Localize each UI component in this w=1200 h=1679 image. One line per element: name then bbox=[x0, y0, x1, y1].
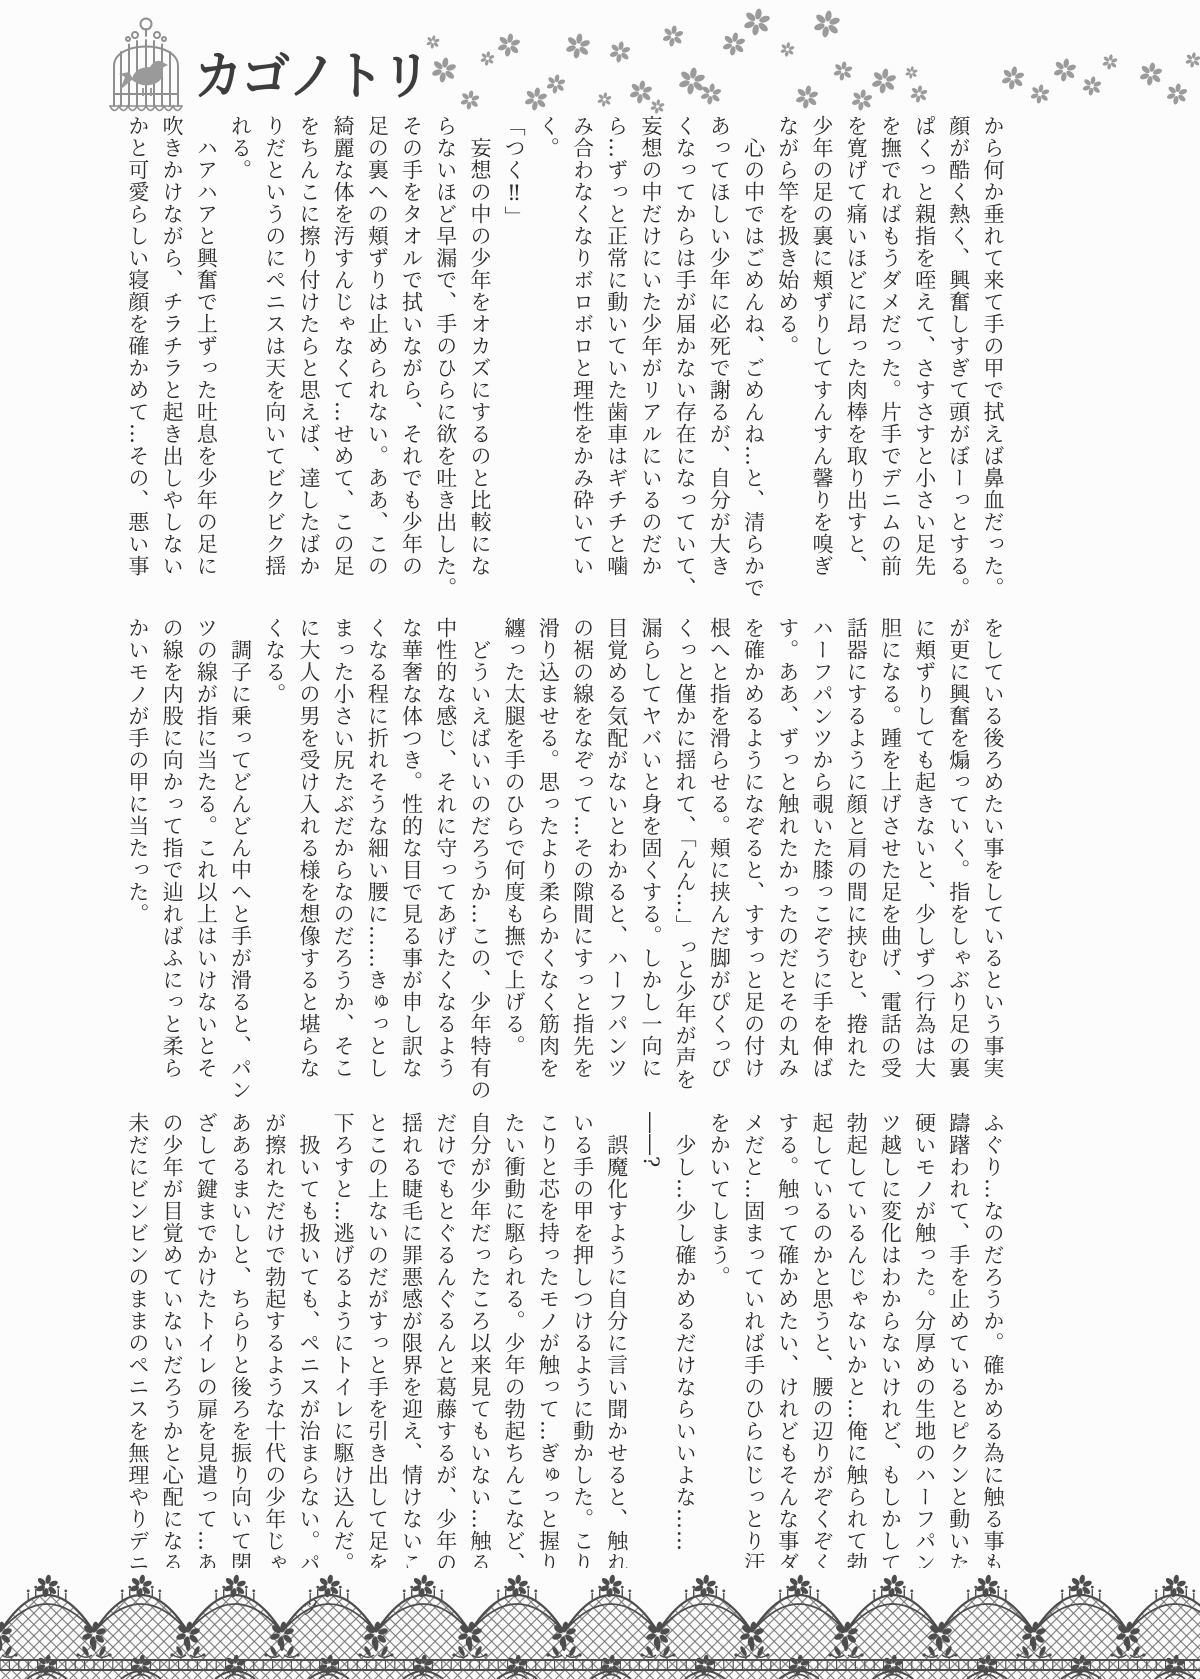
text-column: が擦れただけで勃起するような十代の少年じゃ bbox=[258, 1112, 292, 1586]
text-column: な華奢な体つき。性的な目で見る事が申し訳な bbox=[394, 617, 428, 1113]
text-column: ながら竿を扱き始める。 bbox=[771, 115, 805, 611]
text-column: を寛げて痛いほどに昂った肉棒を取り出すと、 bbox=[839, 115, 873, 611]
text-column: メだと…固まっていれば手のひらにじっとり汗 bbox=[736, 1112, 770, 1586]
text-column: み合わなくなりボロボロと理性をかみ砕いてい bbox=[565, 115, 599, 611]
flower-icon bbox=[871, 68, 897, 94]
text-column: ツの線が指に当たる。これ以上はいけないとそ bbox=[189, 617, 223, 1113]
flower-icon bbox=[1185, 52, 1200, 68]
flower-icon bbox=[1030, 84, 1050, 104]
text-block-3: ふぐり…なのだろうか。確かめる為に触る事も躊躇われて、手を止めているとピクンと動… bbox=[120, 1112, 1010, 1586]
birdcage-icon bbox=[104, 16, 188, 120]
flower-icon bbox=[1102, 54, 1118, 70]
text-column: 躊躇われて、手を止めているとピクンと動いた bbox=[942, 1112, 976, 1586]
text-column: の線を内股に向かって指で辿ればふにっと柔ら bbox=[155, 617, 189, 1113]
text-column: 少年の足の裏に頬ずりしてすんすん馨りを嗅ぎ bbox=[805, 115, 839, 611]
text-column: れる。 bbox=[223, 115, 257, 611]
text-column: くなる。 bbox=[258, 617, 292, 1113]
text-column: 吹きかけながら、チラチラと起き出しやしない bbox=[155, 115, 189, 611]
text-column: す。ああ、ずっと触れたかったのだとその丸み bbox=[771, 617, 805, 1113]
flower-icon bbox=[722, 32, 746, 56]
text-column: 目覚める気配がないとわかると、ハーフパンツ bbox=[600, 617, 634, 1113]
text-column: 少し…少し確かめるだけならいいよな…… bbox=[668, 1112, 702, 1586]
text-column: 心の中ではごめんね、ごめんね…と、清らかで bbox=[736, 115, 770, 611]
text-column: ハーフパンツから覗いた膝っこぞうに手を伸ば bbox=[805, 617, 839, 1113]
page-title: カゴノトリ bbox=[194, 34, 429, 109]
text-column: 滑り込ませる。思ったより柔らかくなく筋肉を bbox=[531, 617, 565, 1113]
flower-icon bbox=[1053, 58, 1077, 82]
text-column: 中性的な感じ、それに守ってあげたくなるよう bbox=[429, 617, 463, 1113]
text-column: 誤魔化すように自分に言い聞かせると、触れて bbox=[600, 1112, 634, 1586]
flower-icon bbox=[833, 61, 853, 81]
text-column: ら…ずっと正常に動いていた歯車はギチチと噛 bbox=[600, 115, 634, 611]
flower-icon bbox=[480, 51, 495, 66]
flower-icon bbox=[851, 89, 873, 111]
text-column: 未だにビンビンのままのペニスを無理やりデニ bbox=[121, 1112, 155, 1586]
text-column: こりと芯を持ったモノが触って…ぎゅっと握り bbox=[531, 1112, 565, 1586]
text-column: 起しているのかと思うと、腰の辺りがぞくぞく bbox=[805, 1112, 839, 1586]
text-column: ふぐり…なのだろうか。確かめる為に触る事も bbox=[976, 1112, 1010, 1586]
text-column: 胆になる。踵を上げさせた足を曲げ、電話の受 bbox=[873, 617, 907, 1113]
flower-icon bbox=[609, 41, 631, 63]
flower-icon bbox=[700, 83, 722, 105]
flower-icon bbox=[1082, 76, 1102, 96]
text-column: が更に興奮を煽っていく。指をしゃぶり足の裏 bbox=[942, 617, 976, 1113]
flower-icon bbox=[813, 10, 841, 38]
text-column: 調子に乗ってどんどん中へと手が滑ると、パン bbox=[223, 617, 257, 1113]
text-column: かと可愛らしい寝顔を確かめて…その、悪い事 bbox=[121, 115, 155, 611]
text-column: くっと僅かに揺れて、「んん…」っと少年が声を bbox=[668, 617, 702, 1113]
text-column: 纏った太腿を手のひらで何度も撫で上げる。 bbox=[497, 617, 531, 1113]
text-column: 扱いても扱いても、ペニスが治まらない。パンツ bbox=[292, 1112, 326, 1586]
text-column: の裾の線をなぞって…その隙間にすっと指先を bbox=[565, 617, 599, 1113]
flower-icon bbox=[910, 85, 928, 103]
flower-icon bbox=[460, 90, 480, 110]
text-column: くなってからは手が届かない存在になっていて、 bbox=[668, 115, 702, 611]
text-column: どういえばいいのだろうか…この、少年特有の bbox=[463, 617, 497, 1113]
flower-icon bbox=[678, 67, 706, 95]
text-column: 揺れる睫毛に罪悪感が限界を迎え、情けないこ bbox=[394, 1112, 428, 1586]
text-column: あってほしい少年に必死で謝るが、自分が大き bbox=[702, 115, 736, 611]
text-column: 「つく‼」 bbox=[497, 115, 531, 611]
text-column: をしている後ろめたい事をしているという事実 bbox=[976, 617, 1010, 1113]
flower-icon bbox=[650, 99, 665, 114]
text-column: 妄想の中だけにいた少年がリアルにいるのだか bbox=[634, 115, 668, 611]
flower-icon bbox=[565, 33, 591, 59]
flower-icon bbox=[431, 57, 457, 83]
flower-icon bbox=[743, 8, 771, 36]
text-column: ぱくっと親指を咥えて、さすさすと小さい足先 bbox=[907, 115, 941, 611]
text-column: ざして鍵までかけたトイレの扉を見遣って…あ bbox=[189, 1112, 223, 1586]
flower-icon bbox=[795, 85, 819, 109]
flower-icon bbox=[1139, 62, 1163, 86]
flower-icon bbox=[546, 74, 566, 94]
text-column: を撫でればもうダメだった。片手でデニムの前 bbox=[873, 115, 907, 611]
text-column: する。触って確かめたい、けれどもそんな事ダ bbox=[771, 1112, 805, 1586]
text-column: の少年が目覚めていないだろうかと心配になる。 bbox=[155, 1112, 189, 1586]
text-column: に大人の男を受け入れる様を想像すると堪らな bbox=[292, 617, 326, 1113]
flower-icon bbox=[1001, 66, 1025, 90]
lace-border bbox=[0, 1568, 1200, 1679]
text-column: く。 bbox=[531, 115, 565, 611]
text-column: ハアハアと興奮で上ずった吐息を少年の足に bbox=[189, 115, 223, 611]
text-block-2: をしている後ろめたい事をしているという事実が更に興奮を煽っていく。指をしゃぶり足… bbox=[120, 617, 1010, 1113]
flower-icon bbox=[629, 80, 653, 104]
text-column: ああるまいしと、ちらりと後ろを振り向いて閉 bbox=[223, 1112, 257, 1586]
text-column: 勃起しているんじゃないかと…俺に触られて勃 bbox=[839, 1112, 873, 1586]
text-column: だけでもとぐるんぐるんと葛藤するが、少年の bbox=[429, 1112, 463, 1586]
text-column: をちんこに擦り付けたらと思えば、達したばか bbox=[292, 115, 326, 611]
doujin-text-page: カゴノトリ から何か垂れて来て手の甲で拭えば鼻血だった。顔が酷く熱く、興奮しすぎ… bbox=[0, 0, 1200, 1679]
text-column: まった小さい尻たぶだからなのだろうか、そこ bbox=[326, 617, 360, 1113]
flower-icon bbox=[524, 87, 548, 111]
text-column: その手をタオルで拭いながら、それでも少年の bbox=[394, 115, 428, 611]
text-column: 根へと指を滑らせる。頬に挟んだ脚がぴくっぴ bbox=[702, 617, 736, 1113]
text-column: りだというのにペニスは天を向いてビクビク揺 bbox=[258, 115, 292, 611]
text-column: 硬いモノが触った。分厚めの生地のハーフパン bbox=[907, 1112, 941, 1586]
text-column: を確かめるようになぞると、すすっと足の付け bbox=[736, 617, 770, 1113]
text-column: とこの上ないのだがすっと手を引き出して足を bbox=[360, 1112, 394, 1586]
text-column: くなる程に折れそうな細い腰に……きゅっとし bbox=[360, 617, 394, 1113]
text-column: 漏らしてヤバいと身を固くする。しかし一向に bbox=[634, 617, 668, 1113]
text-column: ――? bbox=[634, 1112, 668, 1586]
text-column: から何か垂れて来て手の甲で拭えば鼻血だった。 bbox=[976, 115, 1010, 611]
bird-icon bbox=[119, 61, 168, 96]
flower-icon bbox=[497, 33, 521, 57]
text-column: に頬ずりしても起きないと、少しずつ行為は大 bbox=[907, 617, 941, 1113]
text-column: ツ越しに変化はわからないけれど、もしかして bbox=[873, 1112, 907, 1586]
flower-icon bbox=[1166, 83, 1188, 105]
flower-icon bbox=[662, 25, 684, 47]
text-column: 顔が酷く熱く、興奮しすぎて頭がぼーっとする。 bbox=[942, 115, 976, 611]
flower-icon bbox=[597, 92, 612, 107]
text-column: たい衝動に駆られる。少年の勃起ちんこなど、 bbox=[497, 1112, 531, 1586]
text-column: 綺麗な体を汚すんじゃなくて…せめて、この足 bbox=[326, 115, 360, 611]
text-column: 話器にするように顔と肩の間に挟むと、捲れた bbox=[839, 617, 873, 1113]
text-column: いる手の甲を押しつけるように動かした。こり bbox=[565, 1112, 599, 1586]
text-column: らないほど早漏で、手のひらに欲を吐き出した。 bbox=[429, 115, 463, 611]
text-column: 足の裏への頬ずりは止められない。ああ、この bbox=[360, 115, 394, 611]
text-column: 自分が少年だったころ以来見てもいない…触る bbox=[463, 1112, 497, 1586]
text-column: 下ろすと…逃げるようにトイレに駆け込んだ。 bbox=[326, 1112, 360, 1586]
flower-icon bbox=[780, 42, 795, 57]
text-column: 妄想の中の少年をオカズにするのと比較にな bbox=[463, 115, 497, 611]
flower-icon bbox=[905, 66, 918, 79]
text-block-1: から何か垂れて来て手の甲で拭えば鼻血だった。顔が酷く熱く、興奮しすぎて頭がぼーっ… bbox=[120, 115, 1010, 611]
text-column: をかいてしまう。 bbox=[702, 1112, 736, 1586]
text-column: かいモノが手の甲に当たった。 bbox=[121, 617, 155, 1113]
